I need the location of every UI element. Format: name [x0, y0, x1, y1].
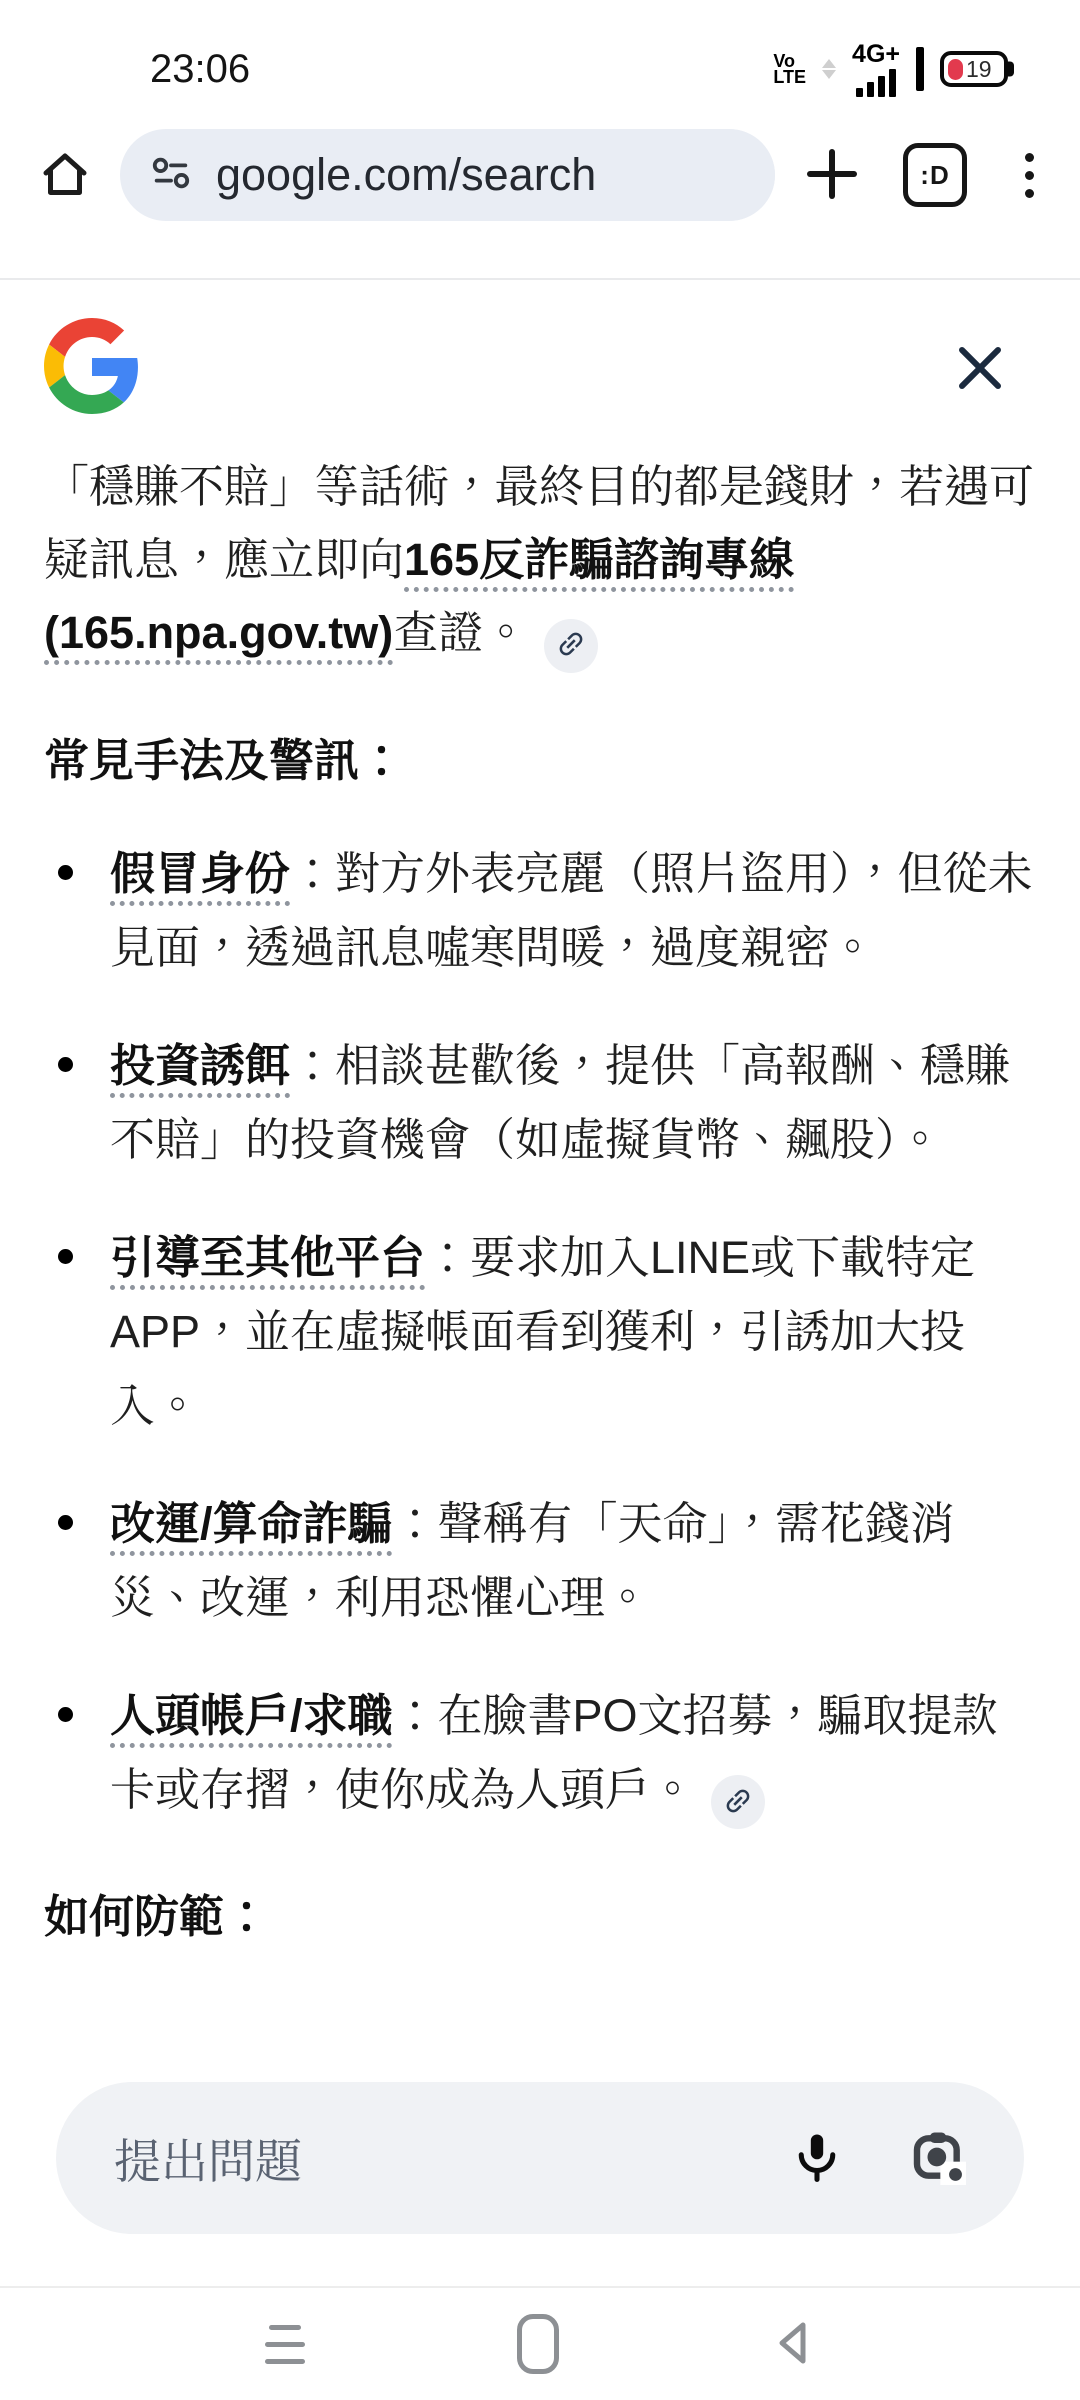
url-bar[interactable]: google.com/search: [120, 129, 775, 221]
home-button[interactable]: [36, 145, 94, 206]
list-item: 人頭帳戶/求職：在臉書PO文招募，騙取提款卡或存摺，使你成為人頭戶。: [44, 1679, 1036, 1830]
ask-input[interactable]: 提出問題: [56, 2082, 1024, 2234]
list-item: 假冒身份：對方外表亮麗（照片盜用），但從未見面，透過訊息噓寒問暖，過度親密。: [44, 837, 1036, 985]
nav-back-icon: [771, 2318, 815, 2371]
url-text: google.com/search: [216, 149, 596, 201]
nav-back-button[interactable]: [771, 2318, 815, 2371]
lens-button[interactable]: [910, 2129, 966, 2188]
network-type-label: 4G+: [852, 42, 900, 66]
browser-menu-button[interactable]: [1025, 153, 1034, 198]
scam-term[interactable]: 人頭帳戶/求職: [110, 1690, 393, 1741]
list-item: 投資誘餌：相談甚歡後，提供「高報酬、穩賺不賠」的投資機會（如虛擬貨幣、飆股）。: [44, 1029, 1036, 1177]
link-icon: [722, 1785, 754, 1820]
scam-term[interactable]: 假冒身份: [110, 848, 290, 899]
site-settings-icon[interactable]: [150, 152, 192, 199]
battery-icon: 19: [940, 51, 1008, 87]
volte-icon: Vo LTE: [773, 53, 806, 85]
kebab-icon: [1025, 153, 1034, 162]
nav-recents-button[interactable]: [265, 2325, 305, 2364]
scam-term[interactable]: 改運/算命詐騙: [110, 1498, 393, 1549]
mic-button[interactable]: [790, 2130, 844, 2187]
tab-switcher-button[interactable]: :D: [903, 143, 967, 207]
phone-screen: 23:06 Vo LTE 4G+ 19: [0, 0, 1080, 2400]
data-activity-icon: [822, 59, 836, 79]
signal-bar-sim2-icon: [916, 47, 924, 91]
section-title-tactics: 常見手法及警訊：: [44, 729, 1036, 793]
link-icon: [555, 628, 587, 663]
close-icon: [952, 384, 1008, 399]
browser-toolbar: google.com/search :D: [0, 112, 1080, 238]
overlay-header: [44, 318, 1036, 416]
ask-placeholder: 提出問題: [114, 2125, 790, 2192]
scam-list: 假冒身份：對方外表亮麗（照片盜用），但從未見面，透過訊息噓寒問暖，過度親密。 投…: [44, 837, 1036, 1830]
signal-icon: 4G+: [852, 42, 900, 97]
google-logo: [44, 318, 140, 419]
clock: 23:06: [150, 47, 250, 92]
close-button[interactable]: [952, 340, 1008, 399]
nav-home-icon: [517, 2314, 559, 2374]
battery-fill: [948, 59, 963, 80]
tab-count-label: :D: [920, 160, 949, 191]
system-nav-bar: [0, 2286, 1080, 2400]
nav-home-button[interactable]: [517, 2314, 559, 2374]
plus-icon: [801, 143, 863, 208]
list-item: 改運/算命詐騙：聲稱有「天命」，需花錢消災、改運，利用恐懼心理。: [44, 1487, 1036, 1635]
list-item: 引導至其他平台：要求加入LINE或下載特定APP，並在虛擬帳面看到獲利，引誘加大…: [44, 1221, 1036, 1443]
toolbar-divider: [0, 278, 1080, 280]
battery-percent: 19: [966, 56, 992, 83]
intro-paragraph: 「穩賺不賠」等話術，最終目的都是錢財，若遇可疑訊息，應立即向165反詐騙諮詢專線…: [44, 450, 1036, 673]
new-tab-button[interactable]: [801, 143, 863, 208]
nav-recents-icon: [269, 2325, 301, 2330]
intro-text-post: 查證。: [393, 607, 528, 658]
home-icon: [36, 145, 94, 206]
status-bar: 23:06 Vo LTE 4G+ 19: [0, 0, 1080, 112]
scam-term[interactable]: 引導至其他平台: [110, 1232, 425, 1283]
scam-term[interactable]: 投資誘餌: [110, 1040, 290, 1091]
status-icons: Vo LTE 4G+ 19: [773, 42, 1016, 97]
section-title-prevention: 如何防範：: [44, 1885, 1036, 1949]
lens-icon: [910, 2129, 966, 2188]
mic-icon: [790, 2130, 844, 2187]
source-link-button[interactable]: [544, 619, 598, 673]
ai-overview-panel: 「穩賺不賠」等話術，最終目的都是錢財，若遇可疑訊息，應立即向165反詐騙諮詢專線…: [0, 318, 1080, 1949]
source-link-button[interactable]: [711, 1775, 765, 1829]
